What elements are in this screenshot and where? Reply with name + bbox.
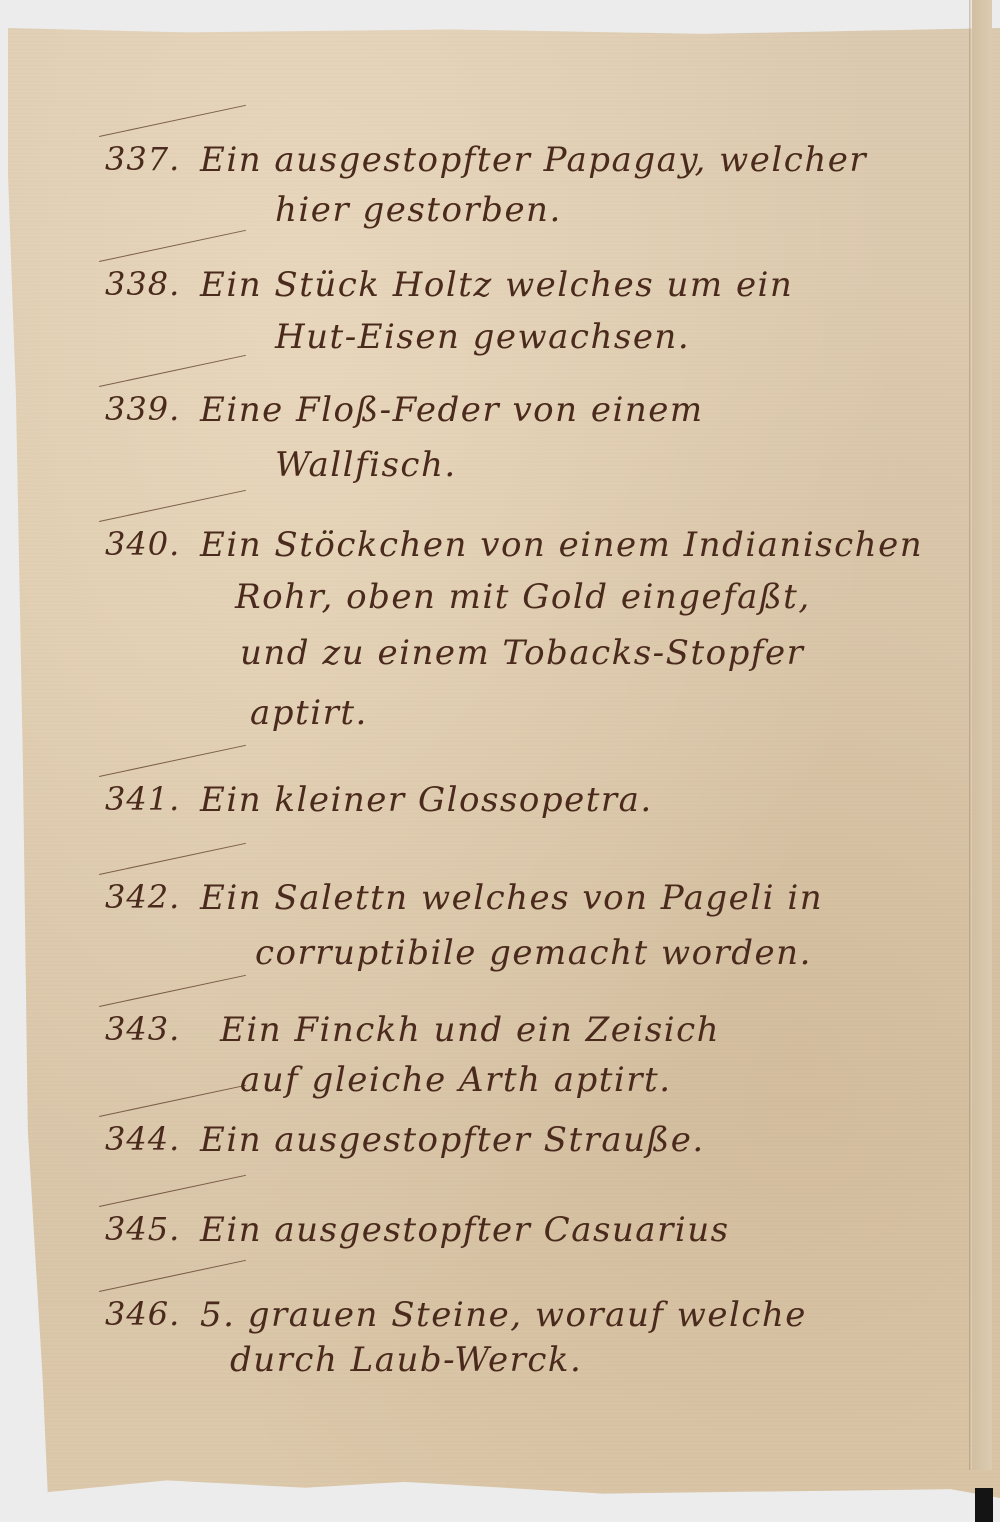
entry-text-line: und zu einem Tobacks-Stopfer	[240, 633, 804, 673]
entry-number: 345.	[105, 1210, 180, 1248]
entry-text-line: Ein ausgestopfter Strauße.	[200, 1120, 705, 1160]
entry-text-line: Ein Salettn welches von Pageli in	[200, 878, 823, 918]
entry-text-line: Ein ausgestopfter Casuarius	[200, 1210, 730, 1250]
entry-number: 337.	[105, 140, 180, 178]
entry-number: 338.	[105, 265, 180, 303]
entry-text-line: Ein Stöckchen von einem Indianischen	[200, 525, 923, 565]
inventory-entries: 337. Ein ausgestopfter Papagay, welcher …	[0, 0, 1000, 1522]
entry-text-line: durch Laub-Werck.	[230, 1340, 582, 1380]
entry-text-line: aptirt.	[250, 693, 368, 733]
entry-text-line: corruptibile gemacht worden.	[255, 933, 812, 973]
entry-number: 342.	[105, 878, 180, 916]
entry-number: 340.	[105, 525, 180, 563]
entry-text-line: Eine Floß-Feder von einem	[200, 390, 704, 430]
entry-text-line: Rohr, oben mit Gold eingefaßt,	[235, 577, 811, 617]
entry-number: 343.	[105, 1010, 180, 1048]
entry-text-line: Ein kleiner Glossopetra.	[200, 780, 653, 820]
entry-number: 344.	[105, 1120, 180, 1158]
entry-number: 346.	[105, 1295, 180, 1333]
entry-text-line: Ein Finckh und ein Zeisich	[220, 1010, 720, 1050]
entry-text-line: auf gleiche Arth aptirt.	[240, 1060, 672, 1100]
entry-text-line: Ein ausgestopfter Papagay, welcher	[200, 140, 867, 180]
entry-text-line: Wallfisch.	[275, 445, 457, 485]
entry-text-line: 5. grauen Steine, worauf welche	[200, 1295, 807, 1335]
entry-text-line: Hut-Eisen gewachsen.	[275, 317, 690, 357]
entry-number: 339.	[105, 390, 180, 428]
entry-text-line: hier gestorben.	[275, 190, 562, 230]
entry-text-line: Ein Stück Holtz welches um ein	[200, 265, 793, 305]
entry-number: 341.	[105, 780, 180, 818]
